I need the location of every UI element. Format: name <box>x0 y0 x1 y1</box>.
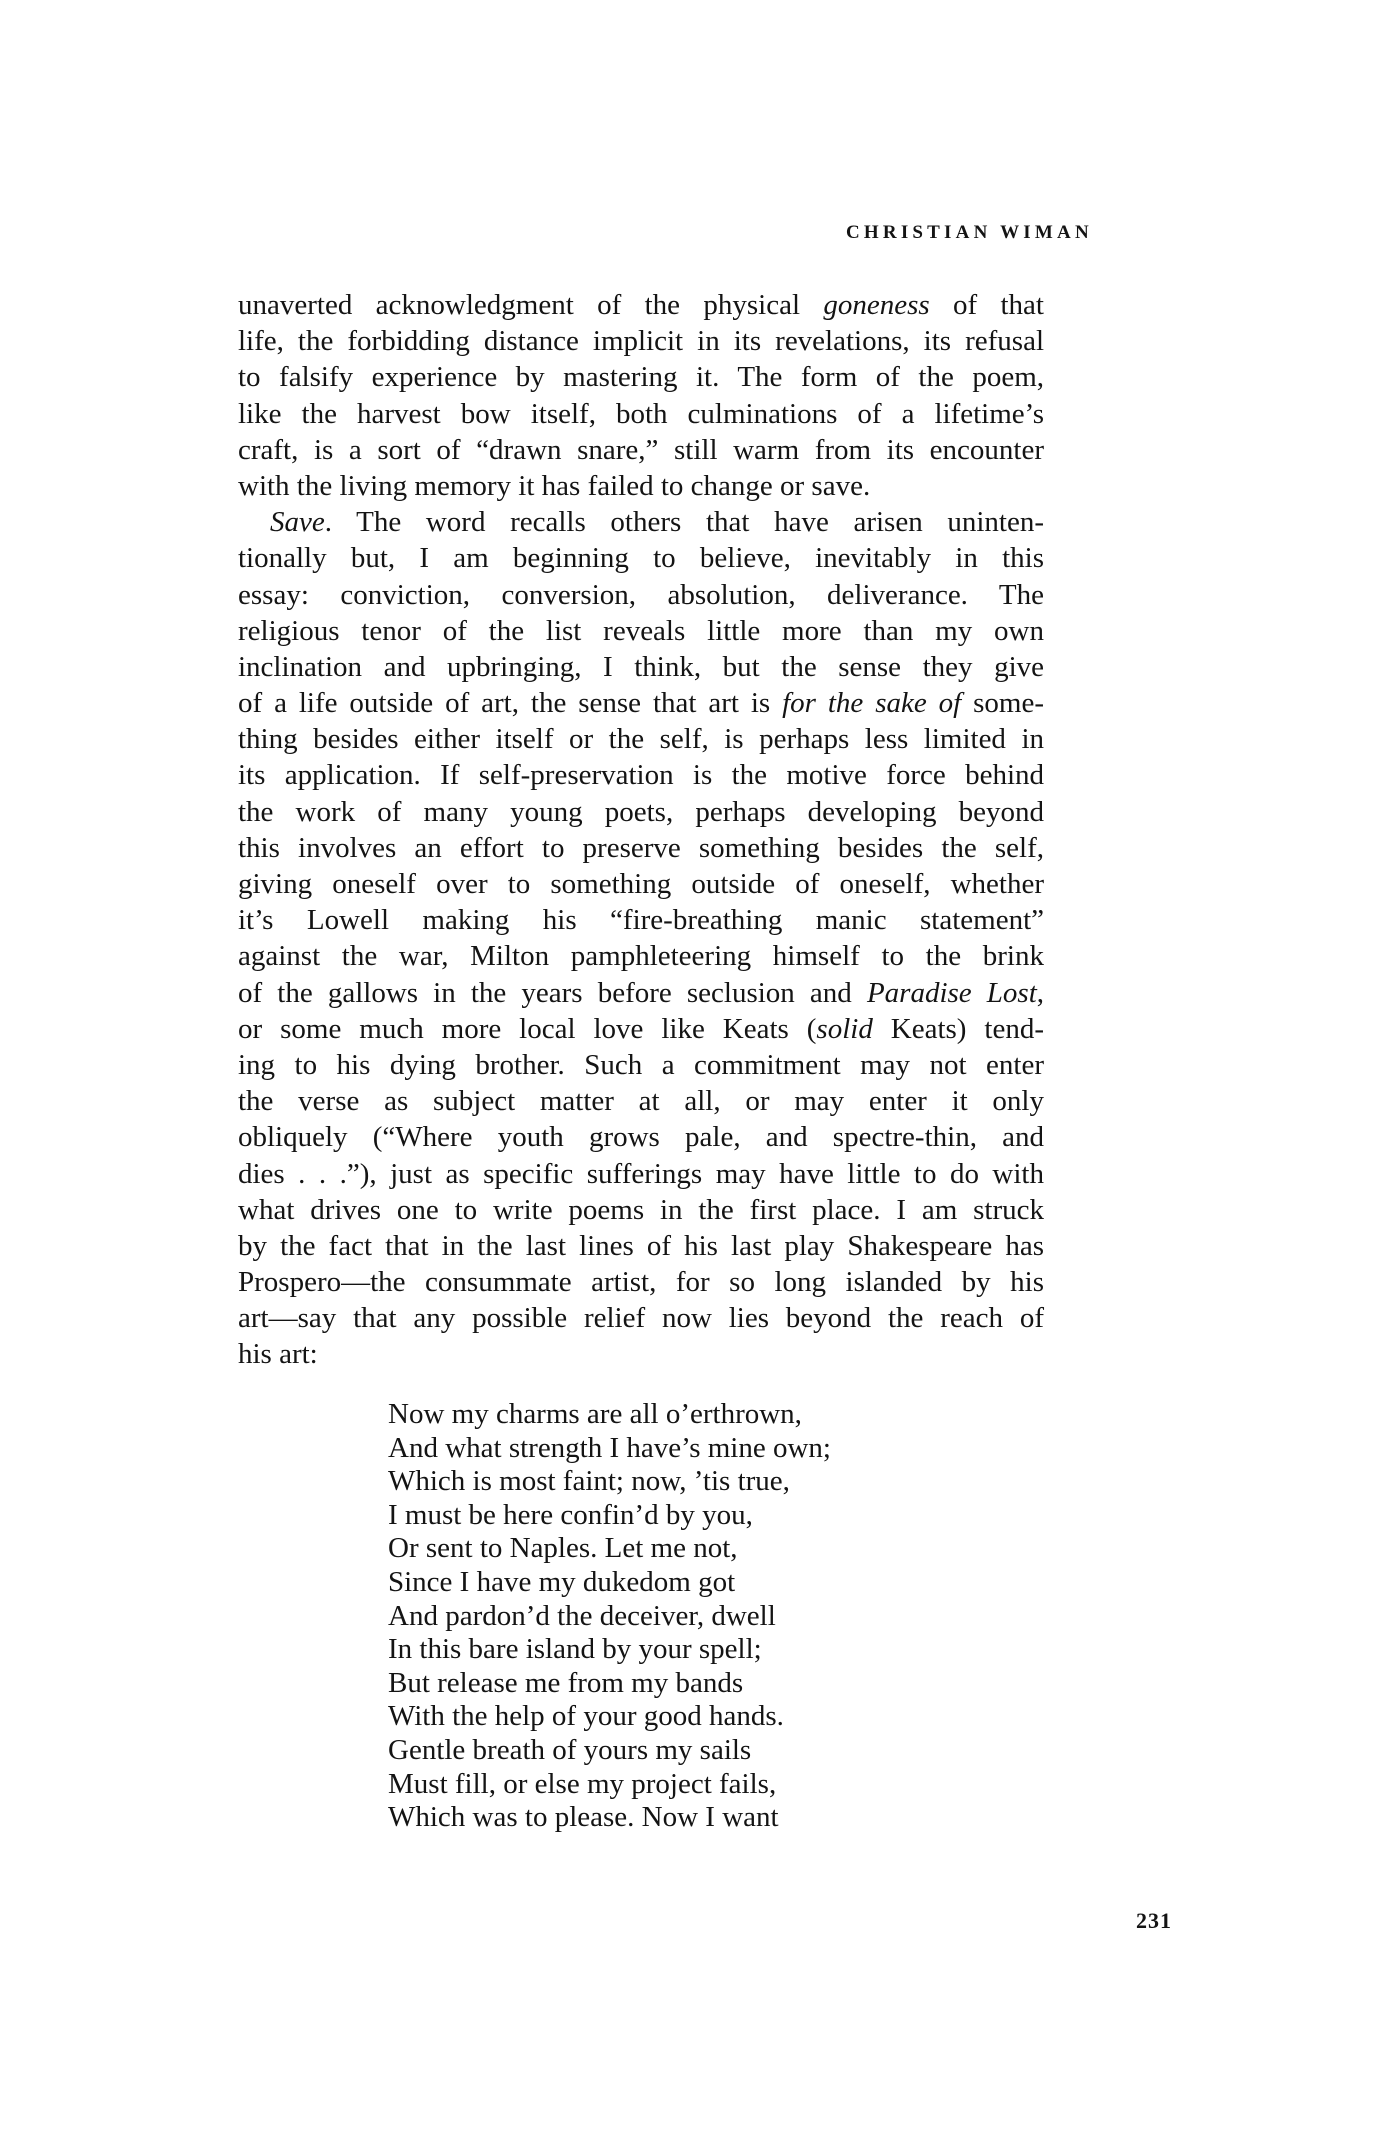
text-run: of a life outside of art, the sense that… <box>238 687 782 719</box>
text-run: . The word recalls others that have aris… <box>325 506 1044 538</box>
poem-line: Or sent to Naples. Let me not, <box>388 1532 831 1566</box>
text-run: like the harvest bow itself, both culmin… <box>238 398 1044 430</box>
text-run: or some much more local love like Keats … <box>238 1013 816 1045</box>
text-run: by the fact that in the last lines of hi… <box>238 1230 1044 1262</box>
text-run: its application. If self-preservation is… <box>238 759 1044 791</box>
text-run: ing to his dying brother. Such a commitm… <box>238 1049 1044 1081</box>
body-line: its application. If self-preservation is… <box>238 757 1044 793</box>
text-run: the verse as subject matter at all, or m… <box>238 1085 1044 1117</box>
poem-line: In this bare island by your spell; <box>388 1633 831 1667</box>
text-run: essay: conviction, conversion, absolutio… <box>238 579 1044 611</box>
body-line: to falsify experience by mastering it. T… <box>238 359 1044 395</box>
text-run: life, the forbidding distance implicit i… <box>238 325 1044 357</box>
text-run: , <box>1037 977 1044 1009</box>
poem-line: But release me from my bands <box>388 1667 831 1701</box>
running-head-author: CHRISTIAN WIMAN <box>846 222 1166 244</box>
text-run: tionally but, I am beginning to believe,… <box>238 542 1044 574</box>
text-run: unaverted acknowledgment of the physical <box>238 289 823 321</box>
body-line: Save. The word recalls others that have … <box>238 504 1044 540</box>
italic-text: solid <box>816 1013 872 1045</box>
poem-line: And what strength I have’s mine own; <box>388 1432 831 1466</box>
text-run: the work of many young poets, perhaps de… <box>238 796 1044 828</box>
block-quote-poem: Now my charms are all o’erthrown,And wha… <box>388 1398 831 1835</box>
italic-text: Paradise Lost <box>867 977 1037 1009</box>
text-run: obliquely (“Where youth grows pale, and … <box>238 1121 1044 1153</box>
poem-line: With the help of your good hands. <box>388 1700 831 1734</box>
body-line: of a life outside of art, the sense that… <box>238 685 1044 721</box>
poem-line: Gentle breath of yours my sails <box>388 1734 831 1768</box>
body-line: dies . . .”), just as specific suffering… <box>238 1156 1044 1192</box>
body-line: it’s Lowell making his “fire-breathing m… <box>238 902 1044 938</box>
poem-line: I must be here confin’d by you, <box>388 1499 831 1533</box>
body-line: life, the forbidding distance implicit i… <box>238 323 1044 359</box>
text-run: of that <box>930 289 1044 321</box>
text-run: thing besides either itself or the self,… <box>238 723 1044 755</box>
body-line: this involves an effort to preserve some… <box>238 830 1044 866</box>
italic-text: for the sake of <box>782 687 961 719</box>
poem-line: Must fill, or else my project fails, <box>388 1768 831 1802</box>
body-line: his art: <box>238 1336 1044 1372</box>
text-run: what drives one to write poems in the fi… <box>238 1194 1044 1226</box>
body-line: by the fact that in the last lines of hi… <box>238 1228 1044 1264</box>
text-run: to falsify experience by mastering it. T… <box>238 361 1044 393</box>
page-number: 231 <box>1136 1908 1172 1934</box>
text-run: art—say that any possible relief now lie… <box>238 1302 1044 1334</box>
text-run: of the gallows in the years before seclu… <box>238 977 867 1009</box>
body-line: what drives one to write poems in the fi… <box>238 1192 1044 1228</box>
body-line: the verse as subject matter at all, or m… <box>238 1083 1044 1119</box>
body-line: like the harvest bow itself, both culmin… <box>238 396 1044 432</box>
text-run: his art: <box>238 1338 318 1370</box>
body-line: religious tenor of the list reveals litt… <box>238 613 1044 649</box>
poem-line: And pardon’d the deceiver, dwell <box>388 1600 831 1634</box>
poem-line: Which is most faint; now, ’tis true, <box>388 1465 831 1499</box>
italic-text: Save <box>270 506 325 538</box>
body-line: against the war, Milton pamphleteering h… <box>238 938 1044 974</box>
body-line: essay: conviction, conversion, absolutio… <box>238 577 1044 613</box>
body-line: with the living memory it has failed to … <box>238 468 1044 504</box>
poem-line: Which was to please. Now I want <box>388 1801 831 1835</box>
italic-text: goneness <box>823 289 929 321</box>
body-line: art—say that any possible relief now lie… <box>238 1300 1044 1336</box>
body-line: the work of many young poets, perhaps de… <box>238 794 1044 830</box>
text-run: Prospero—the consummate artist, for so l… <box>238 1266 1044 1298</box>
text-run: craft, is a sort of “drawn snare,” still… <box>238 434 1044 466</box>
body-line: ing to his dying brother. Such a commitm… <box>238 1047 1044 1083</box>
text-run: dies . . .”), just as specific suffering… <box>238 1158 1044 1190</box>
body-line: giving oneself over to something outside… <box>238 866 1044 902</box>
body-line: Prospero—the consummate artist, for so l… <box>238 1264 1044 1300</box>
body-line: of the gallows in the years before seclu… <box>238 975 1044 1011</box>
text-run: some- <box>961 687 1044 719</box>
body-line: craft, is a sort of “drawn snare,” still… <box>238 432 1044 468</box>
text-run: this involves an effort to preserve some… <box>238 832 1044 864</box>
body-line: unaverted acknowledgment of the physical… <box>238 287 1044 323</box>
body-line: obliquely (“Where youth grows pale, and … <box>238 1119 1044 1155</box>
essay-body: unaverted acknowledgment of the physical… <box>238 287 1044 1373</box>
poem-line: Now my charms are all o’erthrown, <box>388 1398 831 1432</box>
text-run: Keats) tend- <box>873 1013 1044 1045</box>
poem-line: Since I have my dukedom got <box>388 1566 831 1600</box>
text-run: religious tenor of the list reveals litt… <box>238 615 1044 647</box>
body-line: or some much more local love like Keats … <box>238 1011 1044 1047</box>
text-run: against the war, Milton pamphleteering h… <box>238 940 1044 972</box>
text-run: inclination and upbringing, I think, but… <box>238 651 1044 683</box>
text-run: it’s Lowell making his “fire-breathing m… <box>238 904 1044 936</box>
body-line: thing besides either itself or the self,… <box>238 721 1044 757</box>
body-line: inclination and upbringing, I think, but… <box>238 649 1044 685</box>
text-run: with the living memory it has failed to … <box>238 470 870 502</box>
text-run: giving oneself over to something outside… <box>238 868 1044 900</box>
body-line: tionally but, I am beginning to believe,… <box>238 540 1044 576</box>
